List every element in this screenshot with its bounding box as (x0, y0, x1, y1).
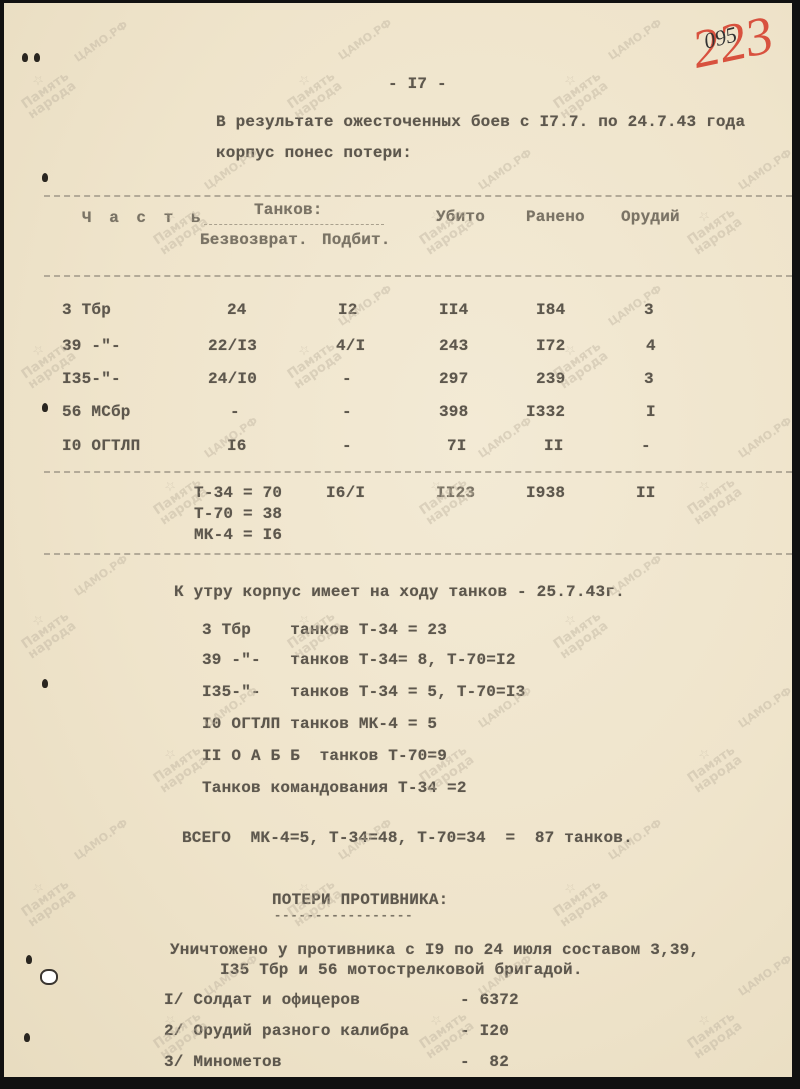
punch-hole-icon (42, 173, 48, 182)
header-tanks-group: Танков: (254, 201, 323, 219)
watermark-site: ЦАМО.РФ (736, 146, 792, 192)
cell-wounded: II (544, 437, 564, 455)
punch-hole-icon (22, 53, 28, 62)
watermark-project: ☆Памятьнарода (145, 734, 211, 795)
cell-irrecoverable: 24/I0 (208, 370, 257, 388)
cell-unit: 56 МСбр (62, 403, 131, 421)
cell-wounded: 239 (536, 370, 565, 388)
star-icon: ☆ (29, 879, 47, 898)
enemy-losses-intro-1: Уничтожено у противника с I9 по 24 июля … (170, 941, 699, 959)
cell-wounded: I84 (536, 301, 565, 319)
watermark-project: ☆Памятьнарода (13, 868, 79, 929)
available-line-6: Танков командования Т-34 =2 (202, 779, 467, 797)
available-line-5: II О А Б Б танков Т-70=9 (202, 747, 447, 765)
watermark-site: ЦАМО.РФ (72, 552, 130, 598)
enemy-loss-value: - I20 (460, 1022, 509, 1040)
punch-hole-icon (42, 679, 48, 688)
cell-killed: 398 (439, 403, 468, 421)
star-icon: ☆ (695, 477, 713, 496)
cell-damaged: - (342, 370, 352, 388)
cell-damaged: - (342, 403, 352, 421)
cell-killed: 243 (439, 337, 468, 355)
table-top-rule (44, 195, 792, 197)
available-line-4: I0 ОГТЛП танков МК-4 = 5 (202, 715, 437, 733)
watermark-project: ☆Памятьнарода (545, 868, 611, 929)
star-icon: ☆ (695, 745, 713, 764)
watermark-project: ☆Памятьнарода (411, 196, 477, 257)
cell-guns: I (646, 403, 656, 421)
watermark-project: ☆Памятьнарода (679, 466, 745, 527)
punch-hole-icon (34, 53, 40, 62)
total-wounded: I938 (526, 484, 565, 502)
table-bottom-rule (44, 553, 792, 555)
punch-hole-icon (24, 1033, 30, 1042)
cell-unit: I35-"- (62, 370, 121, 388)
intro-line-1: В результате ожесточенных боев с I7.7. п… (216, 113, 745, 131)
cell-killed: II4 (439, 301, 468, 319)
total-t34: Т-34 = 70 (194, 484, 282, 502)
header-guns: Орудий (621, 208, 680, 226)
cell-irrecoverable: I6 (227, 437, 247, 455)
enemy-loss-label: 2/ Орудий разного калибра (164, 1022, 409, 1040)
header-tanks-irrecoverable: Безвозврат. (200, 231, 308, 249)
header-tanks-underline (204, 224, 384, 225)
table-header-rule (44, 275, 792, 277)
enemy-loss-value: - 82 (460, 1053, 509, 1071)
star-icon: ☆ (561, 71, 579, 90)
cell-unit: I0 ОГТЛП (62, 437, 140, 455)
cell-wounded: I72 (536, 337, 565, 355)
punch-hole-icon (42, 403, 48, 412)
cell-unit: 39 -"- (62, 337, 121, 355)
torn-hole-icon (40, 969, 58, 985)
available-line-2: 39 -"- танков Т-34= 8, Т-70=I2 (202, 651, 516, 669)
enemy-losses-intro-2: I35 Тбр и 56 мотострелковой бригадой. (220, 961, 583, 979)
star-icon: ☆ (29, 341, 47, 360)
cell-killed: 297 (439, 370, 468, 388)
watermark-project: ☆Памятьнарода (13, 600, 79, 661)
cell-killed: 7I (447, 437, 467, 455)
watermark-project: ☆Памятьнарода (679, 734, 745, 795)
watermark-project: ☆Памятьнарода (13, 60, 79, 121)
star-icon: ☆ (161, 745, 179, 764)
header-unit: Ч а с т ь (82, 209, 204, 227)
page-number: - I7 - (388, 75, 447, 93)
cell-guns: 3 (644, 301, 654, 319)
available-line-1: 3 Тбр танков Т-34 = 23 (202, 621, 447, 639)
total-mk4: МК-4 = I6 (194, 526, 282, 544)
archive-document-page: 223 095 - I7 - В результате ожесточенных… (4, 3, 792, 1077)
intro-line-2: корпус понес потери: (216, 144, 412, 162)
watermark-project: ☆Памятьнарода (679, 1000, 745, 1061)
cell-irrecoverable: 22/I3 (208, 337, 257, 355)
watermark-site: ЦАМО.РФ (72, 18, 130, 64)
enemy-loss-label: 3/ Минометов (164, 1053, 282, 1071)
star-icon: ☆ (561, 611, 579, 630)
cell-damaged: 4/I (336, 337, 365, 355)
total-killed: II23 (436, 484, 475, 502)
watermark-site: ЦАМО.РФ (476, 146, 534, 192)
table-totals-rule (44, 471, 792, 473)
watermark-site: ЦАМО.РФ (736, 684, 792, 730)
watermark-site: ЦАМО.РФ (606, 282, 664, 328)
total-damaged: I6/I (326, 484, 365, 502)
cell-guns: - (641, 437, 651, 455)
available-tanks-heading: К утру корпус имеет на ходу танков - 25.… (174, 583, 625, 601)
punch-hole-icon (26, 955, 32, 964)
available-tanks-total: ВСЕГО МК-4=5, Т-34=48, Т-70=34 = 87 танк… (182, 829, 633, 847)
cell-guns: 4 (646, 337, 656, 355)
cell-unit: 3 Тбр (62, 301, 111, 319)
star-icon: ☆ (295, 341, 313, 360)
cell-guns: 3 (644, 370, 654, 388)
star-icon: ☆ (695, 1011, 713, 1030)
star-icon: ☆ (427, 1011, 445, 1030)
star-icon: ☆ (695, 207, 713, 226)
header-tanks-damaged: Подбит. (322, 231, 391, 249)
watermark-site: ЦАМО.РФ (736, 952, 792, 998)
total-t70: Т-70 = 38 (194, 505, 282, 523)
star-icon: ☆ (561, 879, 579, 898)
star-icon: ☆ (29, 71, 47, 90)
cell-damaged: - (342, 437, 352, 455)
watermark-project: ☆Памятьнарода (545, 600, 611, 661)
enemy-loss-label: I/ Солдат и офицеров (164, 991, 360, 1009)
star-icon: ☆ (161, 477, 179, 496)
watermark-site: ЦАМО.РФ (736, 414, 792, 460)
available-line-3: I35-"- танков Т-34 = 5, Т-70=I3 (202, 683, 525, 701)
enemy-losses-heading: ПОТЕРИ ПРОТИВНИКА: (272, 891, 448, 909)
cell-wounded: I332 (526, 403, 565, 421)
cell-irrecoverable: - (230, 403, 240, 421)
enemy-losses-underline: ----------------- (274, 909, 413, 923)
header-wounded: Ранено (526, 208, 585, 226)
watermark-project: ☆Памятьнарода (679, 196, 745, 257)
star-icon: ☆ (29, 611, 47, 630)
watermark-site: ЦАМО.РФ (606, 16, 664, 62)
watermark-site: ЦАМО.РФ (72, 816, 130, 862)
star-icon: ☆ (295, 71, 313, 90)
watermark-project: ☆Памятьнарода (279, 330, 345, 391)
total-guns: II (636, 484, 656, 502)
enemy-loss-value: - 6372 (460, 991, 519, 1009)
cell-damaged: I2 (338, 301, 358, 319)
cell-irrecoverable: 24 (227, 301, 247, 319)
watermark-site: ЦАМО.РФ (336, 16, 394, 62)
header-killed: Убито (436, 208, 485, 226)
watermark-site: ЦАМО.РФ (476, 414, 534, 460)
